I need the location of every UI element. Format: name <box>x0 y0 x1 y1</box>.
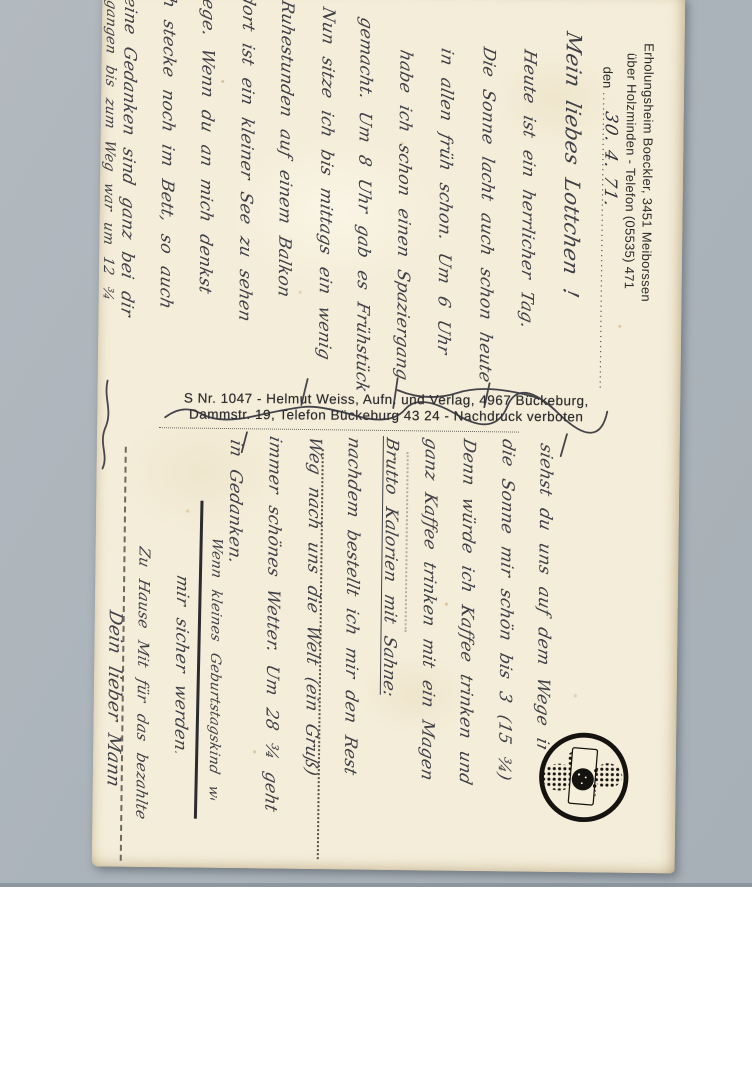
handwritten-line: mir sicher werden. <box>164 572 192 756</box>
handwritten-line: immer schönes Wetter. Um 28 ¾ geht <box>254 433 285 859</box>
handwritten-line: ich stecke noch im Bett, so auch <box>148 0 179 411</box>
handwritten-line: nachdem bestellt ich mir den Rest <box>333 434 364 858</box>
handwritten-line: dort ist ein kleiner See zu sehen <box>227 0 258 410</box>
handwritten-line: in allen früh schon. Um 6 Uhr <box>426 45 456 399</box>
handwritten-line: Denn würde ich Kaffee trinken und <box>448 435 479 859</box>
handwritten-line: ganz Kaffee trinken mit ein Magen <box>410 435 441 859</box>
handwritten-date: 30. 4. 71. <box>600 109 621 210</box>
dotted-rule-below-imprint <box>159 427 519 432</box>
handwritten-line: Zu Hause Mit für das bezahlte <box>125 543 155 861</box>
publisher-logo-stamp <box>535 729 632 826</box>
handwritten-line: Ruhestunden auf einem Balkon <box>266 0 297 411</box>
handwritten-line: Die Sonne lacht auch schon heute Morgen <box>469 43 499 394</box>
faint-dotted-rule <box>405 452 409 632</box>
mat-bottom-shadow-line <box>0 883 752 887</box>
handwritten-line: gemacht. Um 8 Uhr gab es Frühstück <box>345 14 376 412</box>
handwritten-line: die Sonne mir schön bis 3 (15 ¾) <box>487 436 518 860</box>
handwritten-line: liege. Wenn du an mich denkst <box>187 0 218 410</box>
handwritten-line: siehst du uns auf dem Wege in <box>526 440 556 751</box>
handwritten-line: Brutto Kalorien mit Sahne: <box>372 434 402 738</box>
handwritten-line: Heute ist ein herrlicher Tag. <box>510 46 540 387</box>
imprint-line2: Dammstr. 19, Telefon Bückeburg 43 24 - N… <box>147 406 625 425</box>
postcard: Erholungsheim Boeckler, 3451 Meiborssen … <box>92 0 686 874</box>
handwritten-line: Nun sitze ich bis mittags ein wenig <box>307 4 338 408</box>
printed-header: Erholungsheim Boeckler, 3451 Meiborssen … <box>620 43 658 388</box>
publisher-imprint: S Nr. 1047 - Helmut Weiss, Aufn. und Ver… <box>147 390 625 425</box>
date-label: den <box>600 67 615 89</box>
handwritten-line: Wenn kleines Geburtstagskind wohl mm. <box>198 534 227 802</box>
handwritten-line: habe ich schon einen Spaziergang <box>385 46 415 402</box>
date-row: den ....................................… <box>588 66 616 388</box>
handwritten-line: Mein liebes Lottchen ! <box>554 29 584 385</box>
